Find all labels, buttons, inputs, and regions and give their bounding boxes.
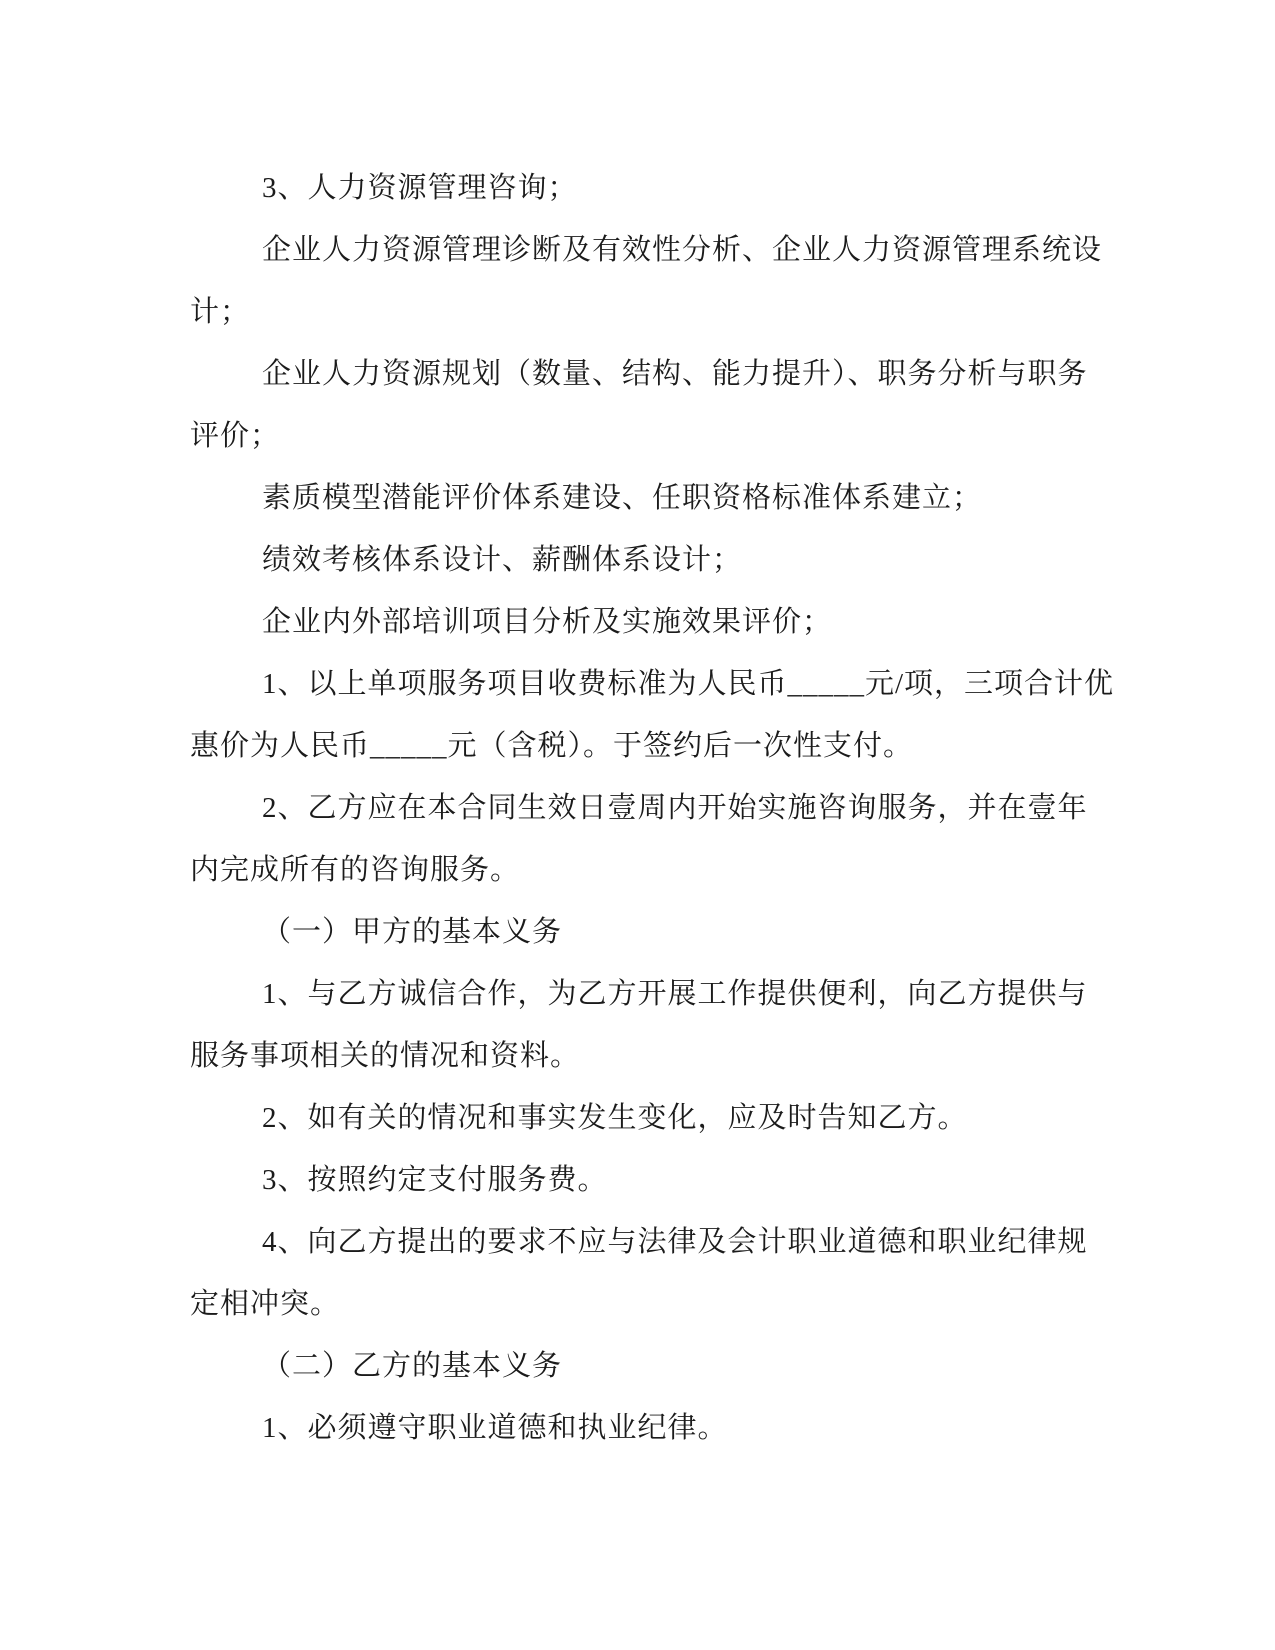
document-line: 内完成所有的咨询服务。 [190, 839, 1180, 901]
document-line: 2、乙方应在本合同生效日壹周内开始实施咨询服务，并在壹年 [190, 777, 1180, 839]
document-line: 企业人力资源管理诊断及有效性分析、企业人力资源管理系统设 [190, 219, 1180, 281]
document-line: 企业人力资源规划（数量、结构、能力提升）、职务分析与职务 [190, 343, 1180, 405]
document-line: 1、必须遵守职业道德和执业纪律。 [190, 1397, 1180, 1459]
document-line: 评价； [190, 405, 1180, 467]
document-line: 4、向乙方提出的要求不应与法律及会计职业道德和职业纪律规 [190, 1211, 1180, 1273]
document-line: 3、人力资源管理咨询； [190, 157, 1180, 219]
document-line: （一）甲方的基本义务 [190, 901, 1180, 963]
document-line: 1、以上单项服务项目收费标准为人民币_____元/项，三项合计优 [190, 653, 1180, 715]
document-line: 2、如有关的情况和事实发生变化，应及时告知乙方。 [190, 1087, 1180, 1149]
document-line: 3、按照约定支付服务费。 [190, 1149, 1180, 1211]
document-line: 服务事项相关的情况和资料。 [190, 1025, 1180, 1087]
document-line: 定相冲突。 [190, 1273, 1180, 1335]
document-line: 1、与乙方诚信合作，为乙方开展工作提供便利，向乙方提供与 [190, 963, 1180, 1025]
document-line: 企业内外部培训项目分析及实施效果评价； [190, 591, 1180, 653]
document-line: 素质模型潜能评价体系建设、任职资格标准体系建立； [190, 467, 1180, 529]
document-page: 3、人力资源管理咨询；企业人力资源管理诊断及有效性分析、企业人力资源管理系统设计… [0, 0, 1275, 1650]
document-line: 惠价为人民币_____元（含税）。于签约后一次性支付。 [190, 715, 1180, 777]
document-line: 绩效考核体系设计、薪酬体系设计； [190, 529, 1180, 591]
document-body: 3、人力资源管理咨询；企业人力资源管理诊断及有效性分析、企业人力资源管理系统设计… [190, 157, 1180, 1459]
document-line: 计； [190, 281, 1180, 343]
document-line: （二）乙方的基本义务 [190, 1335, 1180, 1397]
